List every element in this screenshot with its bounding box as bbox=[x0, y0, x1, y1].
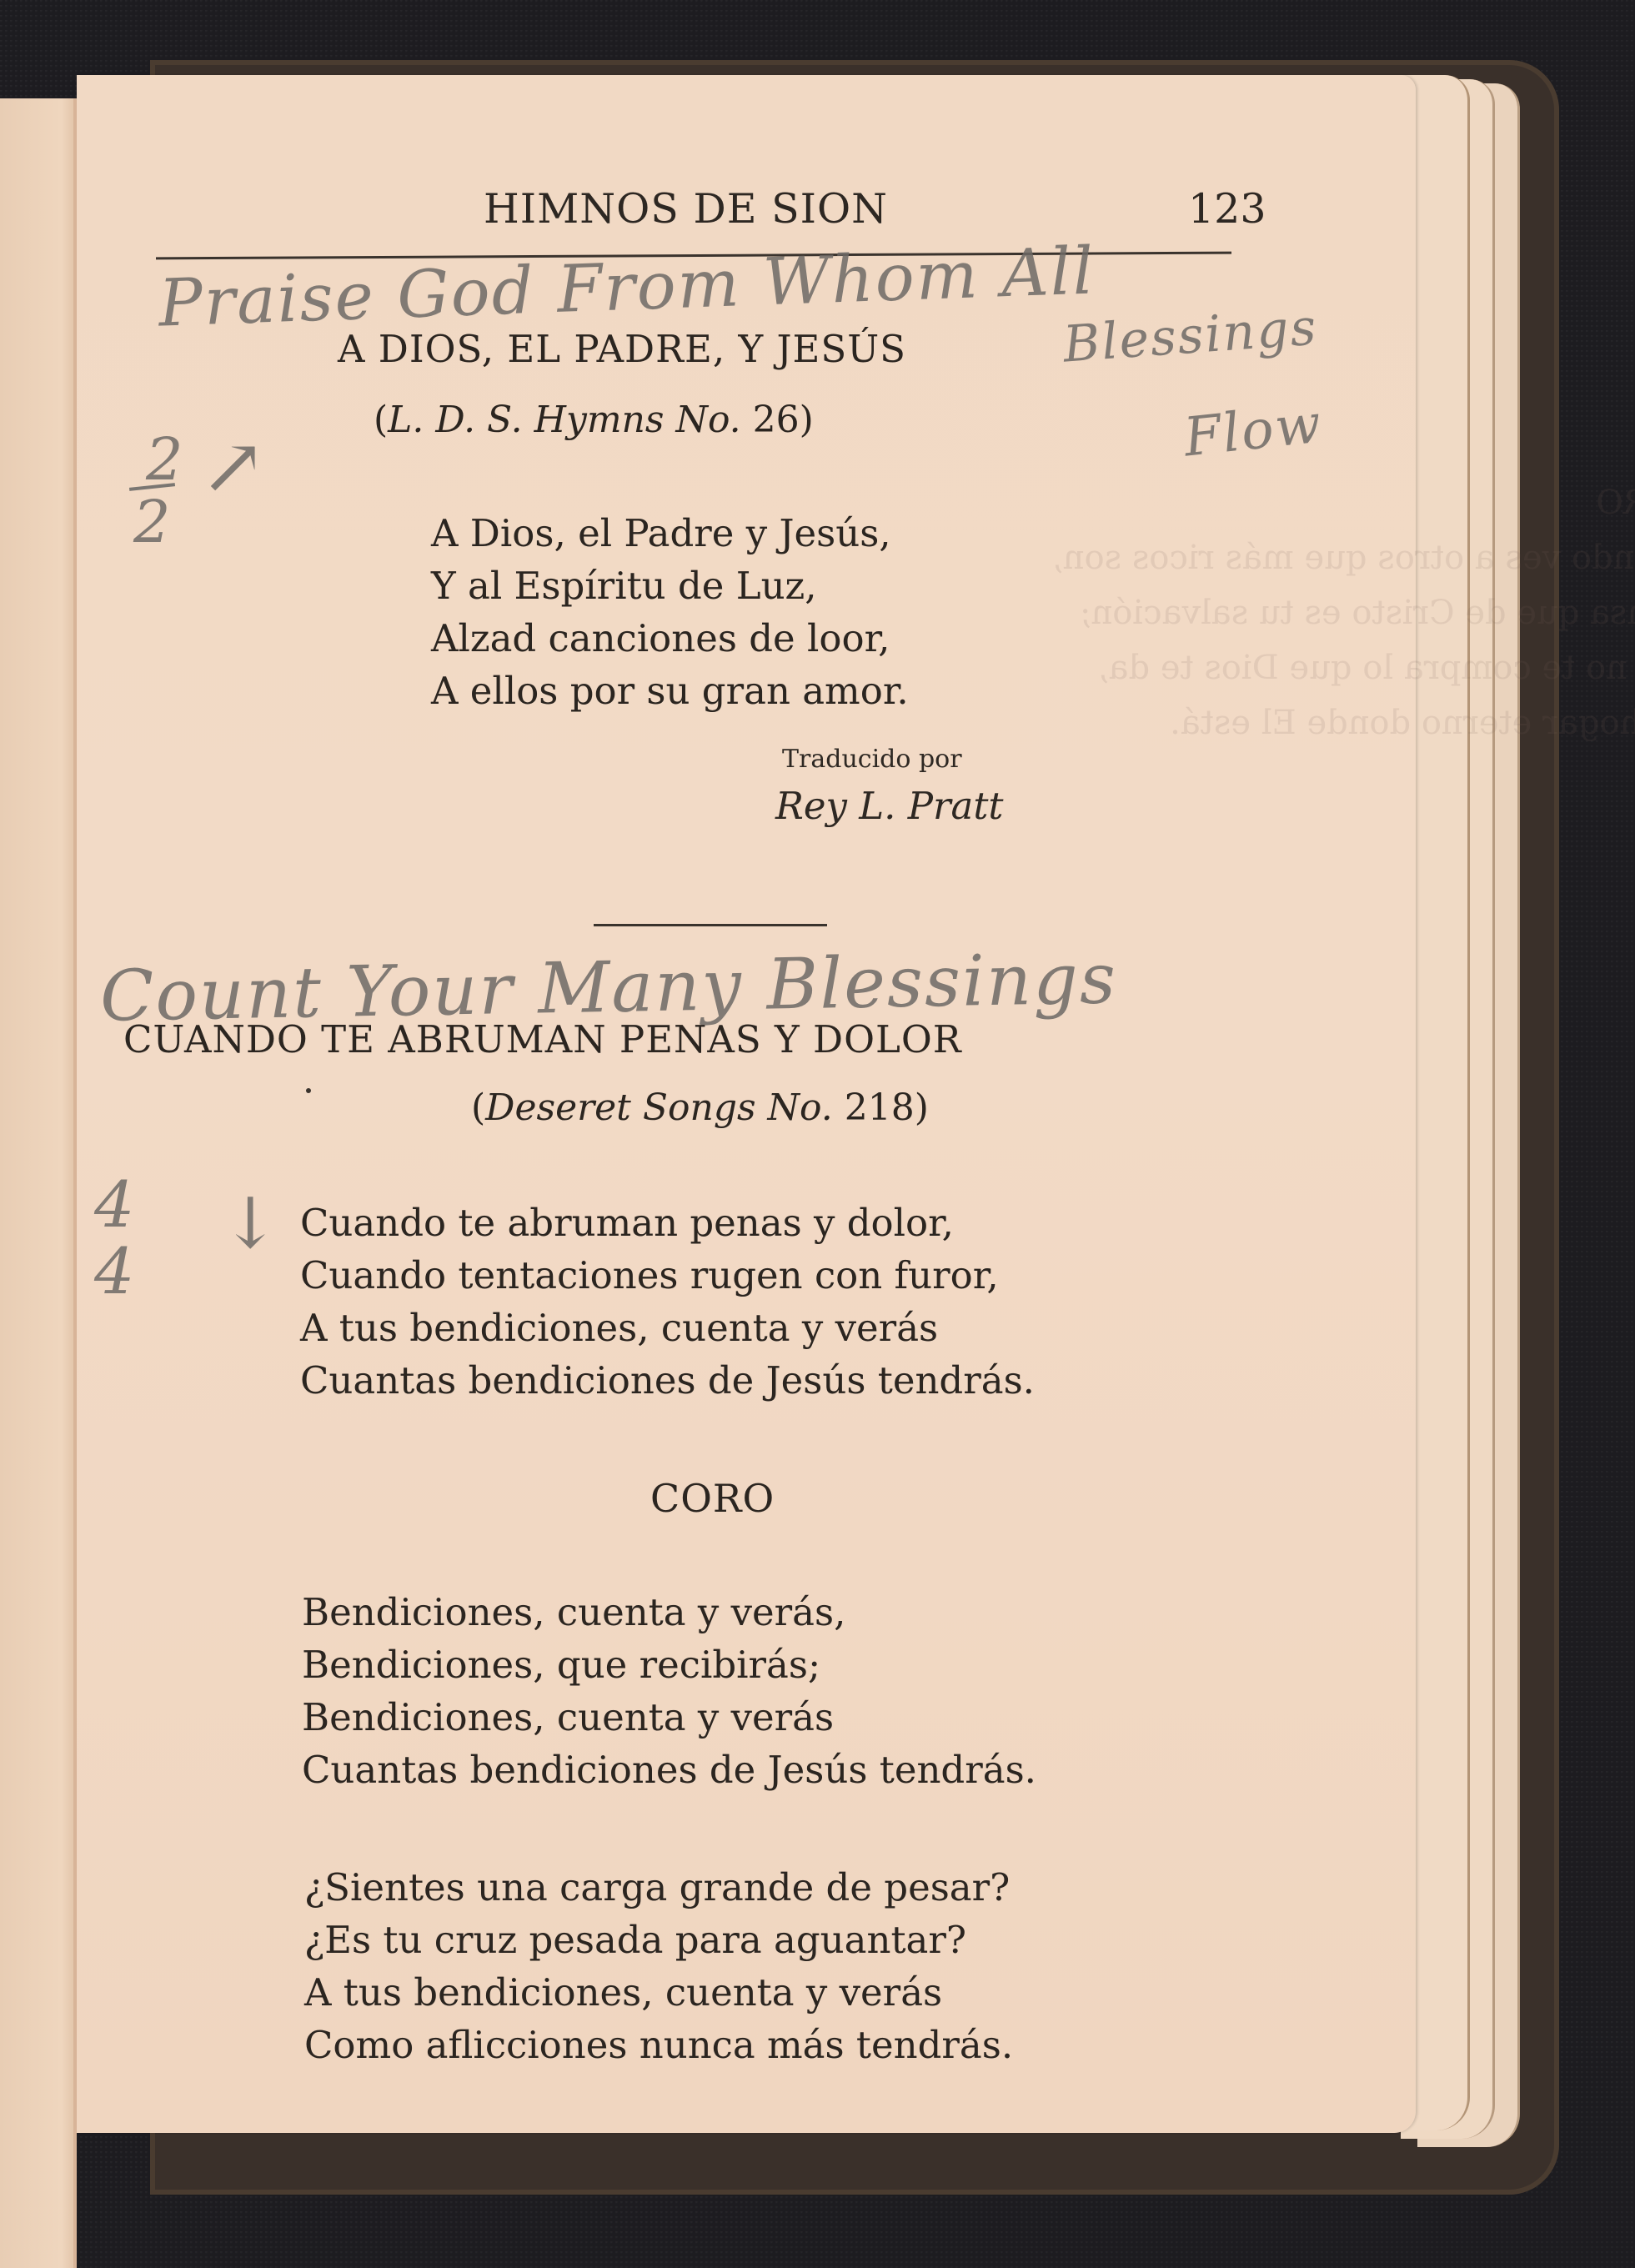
chorus-line: Bendiciones, que recibirás; bbox=[302, 1638, 1036, 1691]
handwritten-beat-arrow-icon: ↗ bbox=[200, 421, 268, 513]
hymn1-source: (L. D. S. Hymns No. 26) bbox=[374, 399, 814, 441]
verse-line: Cuando tentaciones rugen con furor, bbox=[300, 1249, 1035, 1302]
hymn2-source: (Deseret Songs No. 218) bbox=[471, 1086, 929, 1129]
chorus-line: Cuantas bendiciones de Jesús tendrás. bbox=[302, 1744, 1036, 1796]
handwritten-time-signature-bottom: 2 bbox=[133, 488, 173, 556]
verse-line: A ellos por su gran amor. bbox=[431, 665, 909, 717]
verse-line: Cuando te abruman penas y dolor, bbox=[300, 1197, 1035, 1249]
show-through-text: CORO Cuando ves a otros que más ricos so… bbox=[1052, 475, 1635, 750]
chorus-label: CORO bbox=[650, 1476, 775, 1521]
hymn1-title: A DIOS, EL PADRE, Y JESÚS bbox=[338, 327, 906, 371]
section-divider bbox=[594, 924, 827, 926]
translator-name: Rey L. Pratt bbox=[775, 784, 1004, 828]
translator-label: Traducido por bbox=[782, 745, 962, 774]
verse-line: ¿Sientes una carga grande de pesar? bbox=[304, 1861, 1013, 1914]
handwritten-beat-arrow-icon: ↓ bbox=[221, 1182, 281, 1264]
chorus-line: Bendiciones, cuenta y verás bbox=[302, 1691, 1036, 1744]
verse-line: Alzad canciones de loor, bbox=[431, 612, 909, 665]
hymn2-title: CUANDO TE ABRUMAN PENAS Y DOLOR bbox=[123, 1017, 962, 1061]
ink-speck bbox=[306, 1088, 311, 1093]
hymn2-verse1: Cuando te abruman penas y dolor, Cuando … bbox=[300, 1197, 1035, 1407]
verse-line: A tus bendiciones, cuenta y verás bbox=[300, 1302, 1035, 1354]
verse-line: Como aflicciones nunca más tendrás. bbox=[304, 2019, 1013, 2071]
handwritten-time-signature-top: 4 bbox=[94, 1167, 136, 1242]
verse-line: ¿Es tu cruz pesada para aguantar? bbox=[304, 1914, 1013, 1966]
chorus-line: Bendiciones, cuenta y verás, bbox=[302, 1586, 1036, 1638]
handwritten-time-signature-bottom: 4 bbox=[94, 1234, 136, 1308]
page-number: 123 bbox=[1188, 185, 1266, 233]
verse-line: Y al Espíritu de Luz, bbox=[431, 559, 909, 612]
running-title: HIMNOS DE SION bbox=[484, 185, 888, 233]
verse-line: A Dios, el Padre y Jesús, bbox=[431, 507, 909, 559]
hymn2-chorus: Bendiciones, cuenta y verás, Bendiciones… bbox=[302, 1586, 1036, 1796]
facing-page-sliver bbox=[0, 98, 77, 2268]
hymn1-verse: A Dios, el Padre y Jesús, Y al Espíritu … bbox=[431, 507, 909, 717]
verse-line: Cuantas bendiciones de Jesús tendrás. bbox=[300, 1354, 1035, 1407]
verse-line: A tus bendiciones, cuenta y verás bbox=[304, 1966, 1013, 2019]
hymn2-verse2: ¿Sientes una carga grande de pesar? ¿Es … bbox=[304, 1861, 1013, 2071]
